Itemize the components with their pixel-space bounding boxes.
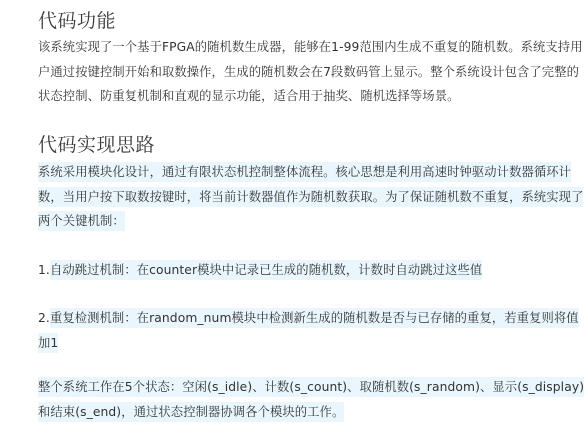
mechanism-item-2: 2.重复检测机制：在random_num模块中检测新生成的随机数是否与已存储的重… bbox=[38, 306, 586, 355]
highlighted-text: 整个系统工作在5个状态：空闲(s_idle)、计数(s_count)、取随机数(… bbox=[38, 377, 584, 422]
mechanism-number: 1. bbox=[38, 263, 50, 277]
section-heading-implementation: 代码实现思路 bbox=[38, 132, 155, 158]
section-heading-code-function: 代码功能 bbox=[38, 8, 116, 34]
implementation-intro-paragraph: 系统采用模块化设计，通过有限状态机控制整体流程。核心思想是利用高速时钟驱动计数器… bbox=[38, 160, 586, 234]
code-function-paragraph: 该系统实现了一个基于FPGA的随机数生成器，能够在1-99范围内生成不重复的随机… bbox=[38, 35, 586, 109]
mechanism-text: 重复检测机制：在random_num模块中检测新生成的随机数是否与已存储的重复，… bbox=[38, 308, 579, 353]
states-paragraph: 整个系统工作在5个状态：空闲(s_idle)、计数(s_count)、取随机数(… bbox=[38, 375, 586, 424]
mechanism-text: 自动跳过机制：在counter模块中记录已生成的随机数，计数时自动跳过这些值 bbox=[50, 260, 482, 280]
highlighted-text: 系统采用模块化设计，通过有限状态机控制整体流程。核心思想是利用高速时钟驱动计数器… bbox=[38, 162, 583, 231]
mechanism-number: 2. bbox=[38, 311, 50, 325]
mechanism-item-1: 1.自动跳过机制：在counter模块中记录已生成的随机数，计数时自动跳过这些值 bbox=[38, 258, 586, 283]
